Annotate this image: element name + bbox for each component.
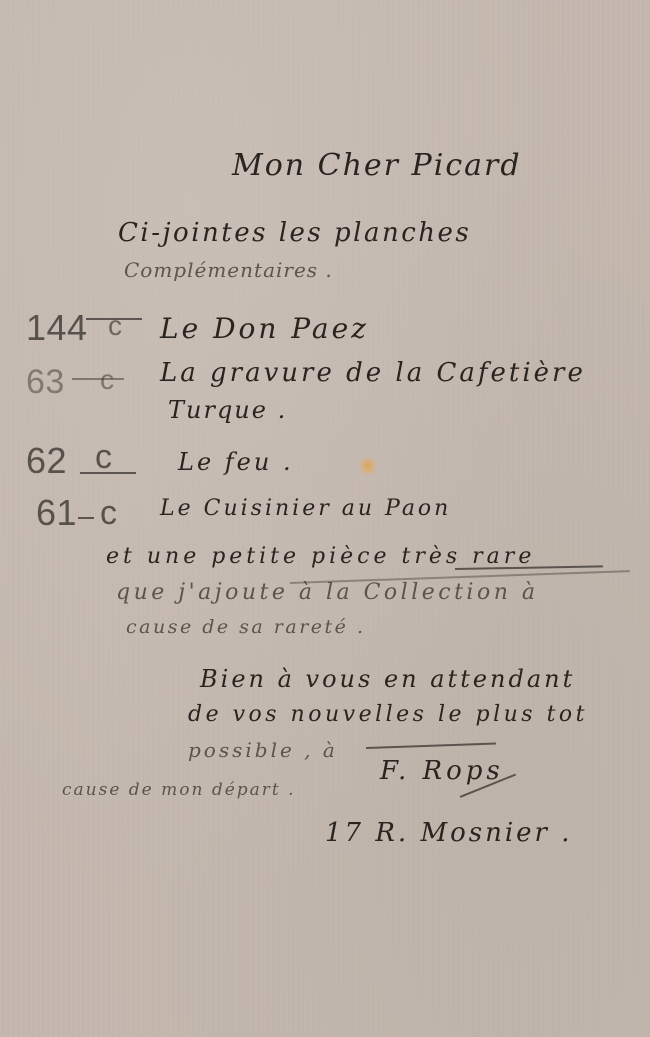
- item-suffix: c: [100, 364, 115, 396]
- closing-line: de vos nouvelles le plus tot: [188, 702, 588, 727]
- intro-line-1: Ci-jointes les planches: [118, 218, 471, 248]
- closing-line: Bien à vous en attendant: [200, 665, 575, 693]
- item-suffix: c: [100, 494, 118, 533]
- item-title-continued: Turque .: [168, 396, 287, 424]
- body-line: et une petite pièce très rare: [106, 544, 535, 569]
- item-suffix-underline: [86, 318, 142, 320]
- item-number: 63: [26, 363, 65, 402]
- salutation: Mon Cher Picard: [232, 148, 522, 183]
- address: 17 R. Mosnier .: [325, 818, 572, 848]
- item-number: 61: [36, 492, 77, 534]
- item-suffix: c: [108, 310, 123, 342]
- body-line: que j'ajoute à la Collection à: [116, 580, 539, 605]
- signature: F. Rops: [380, 756, 504, 786]
- closing-line: possible , à: [188, 738, 338, 762]
- intro-line-2: Complémentaires .: [124, 258, 333, 282]
- signature-flourish: [366, 742, 496, 748]
- ink-stain: [360, 457, 376, 475]
- item-suffix-underline: [80, 472, 136, 474]
- item-suffix-underline: [72, 378, 124, 380]
- item-title: Le feu .: [178, 448, 294, 476]
- item-title: Le Don Paez: [160, 312, 369, 345]
- item-number: 144: [26, 307, 88, 349]
- item-number: 62: [26, 440, 67, 482]
- item-title: La gravure de la Cafetière: [160, 358, 586, 388]
- closing-aside: cause de mon départ .: [62, 780, 296, 800]
- item-suffix-underline: [78, 517, 94, 519]
- body-line: cause de sa rareté .: [126, 616, 366, 638]
- letter-page: Mon Cher Picard Ci-jointes les planches …: [0, 0, 650, 1037]
- item-title: Le Cuisinier au Paon: [160, 496, 451, 521]
